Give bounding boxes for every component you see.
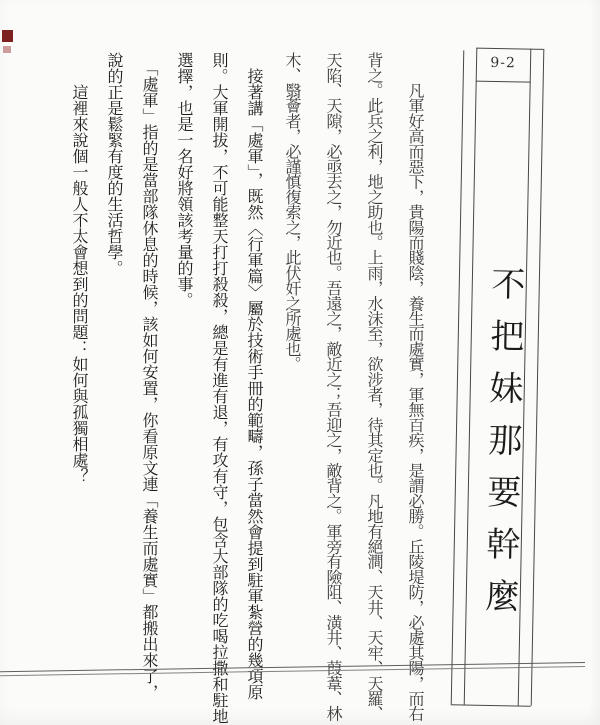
text-column: 木、翳薈者，必謹慎復索之，此伏奸之所處也。 [272, 52, 313, 724]
text-column: 說的正是鬆緊有度的生活哲學。 [97, 52, 132, 724]
text-column: 接著講「處軍」，既然〈行軍篇〉屬於技術手冊的範疇，孫子當然會提到駐軍紮營的幾項原 [237, 52, 272, 724]
text-column: 背之。此兵之利，地之助也。上雨，水沫至，欲涉者，待其定也。凡地有絕澗、天井、天牢… [354, 52, 395, 724]
red-square-marker [2, 30, 13, 42]
commentary-block: 接著講「處軍」，既然〈行軍篇〉屬於技術手冊的範疇，孫子當然會提到駐軍紮營的幾項原… [62, 52, 272, 724]
text-column: 天陷、天隙，必亟去之，勿近也。吾遠之，敵近之；吾迎之，敵背之。軍旁有險阻、潢井、… [313, 52, 354, 724]
body-text: 凡軍好高而惡下，貴陽而賤陰，養生而處實，軍無百疾，是謂必勝。丘陵堤防，必處其陽，… [62, 52, 436, 724]
text-column: 則。大軍開拔，不可能整天打打殺殺，總是有進有退，有攻有守，包含大部隊的吃喝拉撒和… [202, 52, 237, 724]
sidebar-rule-outer-left [451, 50, 465, 704]
chapter-title: 不把妹那要幹麼 [474, 266, 530, 631]
sidebar-rule-bottom [451, 704, 531, 707]
text-column: 選擇，也是一名好將領該考量的事。 [167, 52, 202, 724]
chapter-sidebar: 9-2 不把妹那要幹麼 [440, 47, 549, 709]
red-square-marker-small [3, 46, 11, 53]
text-column: 這裡來說個一般人不太會想到的問題：如何與孤獨相處？ [62, 52, 97, 724]
page-number-label: 9-2 [476, 55, 530, 72]
text-column: 「處軍」指的是當部隊休息的時候，該如何安置，你看原文連「養生而處實」都搬出來了， [132, 52, 167, 724]
sidebar-rule-outer-right [531, 49, 545, 706]
book-page: 凡軍好高而惡下，貴陽而賤陰，養生而處實，軍無百疾，是謂必勝。丘陵堤防，必處其陽，… [0, 0, 600, 725]
text-column: 凡軍好高而惡下，貴陽而賤陰，養生而處實，軍無百疾，是謂必勝。丘陵堤防，必處其陽，… [395, 52, 436, 724]
sidebar-rule-under-number [476, 81, 531, 83]
sidebar-rule-top [476, 48, 543, 50]
classical-quote-block: 凡軍好高而惡下，貴陽而賤陰，養生而處實，軍無百疾，是謂必勝。丘陵堤防，必處其陽，… [272, 52, 436, 724]
